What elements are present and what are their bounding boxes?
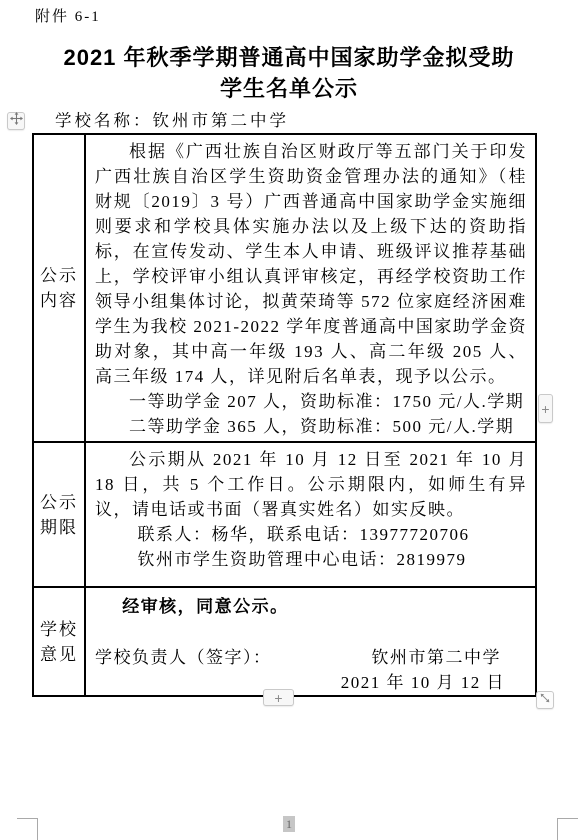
- signature-date: 2021 年 10 月 12 日: [95, 670, 527, 695]
- row-header-opinion: 学校 意见: [34, 588, 84, 695]
- table-row-opinion: 学校 意见 经审核，同意公示。 学校负责人（签字）： 钦州市第二中学 2021 …: [34, 586, 535, 695]
- page-number: 1: [283, 816, 295, 832]
- content-cell: 根据《广西壮族自治区财政厅等五部门关于印发广西壮族自治区学生资助资金管理办法的通…: [84, 135, 535, 441]
- row-header-content-line2: 内容: [40, 288, 78, 313]
- row-header-opinion-line2: 意见: [40, 642, 78, 667]
- announcement-table: 公示 内容 根据《广西壮族自治区财政厅等五部门关于印发广西壮族自治区学生资助资金…: [32, 133, 537, 697]
- plus-icon: +: [274, 690, 282, 706]
- period-paragraph-center-phone: 钦州市学生资助管理中心电话：2819979: [95, 547, 527, 572]
- row-header-content-line1: 公示: [40, 263, 78, 288]
- table-resize-handle[interactable]: [536, 691, 554, 709]
- approval-statement: 经审核，同意公示。: [95, 594, 527, 619]
- school-name-line: 学校名称：钦州市第二中学: [55, 107, 289, 131]
- period-paragraph-main: 公示期从 2021 年 10 月 12 日至 2021 年 10 月 18 日，…: [95, 447, 527, 522]
- insert-column-button[interactable]: +: [538, 394, 553, 423]
- table-move-handle[interactable]: [7, 112, 25, 130]
- table-row-period: 公示 期限 公示期从 2021 年 10 月 12 日至 2021 年 10 月…: [34, 441, 535, 586]
- opinion-cell: 经审核，同意公示。 学校负责人（签字）： 钦州市第二中学 2021 年 10 月…: [84, 588, 535, 695]
- signer-row: 学校负责人（签字）： 钦州市第二中学: [95, 645, 527, 670]
- row-header-period: 公示 期限: [34, 443, 84, 586]
- move-icon: [10, 112, 23, 130]
- row-header-opinion-line1: 学校: [40, 617, 78, 642]
- content-paragraph-tier1: 一等助学金 207 人，资助标准：1750 元/人.学期: [95, 389, 527, 414]
- school-signature: 钦州市第二中学: [372, 645, 502, 670]
- row-header-period-line2: 期限: [40, 515, 78, 540]
- row-header-content: 公示 内容: [34, 135, 84, 441]
- table-row-content: 公示 内容 根据《广西壮族自治区财政厅等五部门关于印发广西壮族自治区学生资助资金…: [34, 135, 535, 441]
- margin-mark-bottom-left: [17, 818, 38, 840]
- margin-mark-bottom-right: [557, 818, 578, 840]
- document-title-line2: 学生名单公示: [220, 76, 358, 101]
- period-paragraph-contact: 联系人：杨华，联系电话：13977720706: [95, 522, 527, 547]
- attachment-label: 附件 6-1: [35, 5, 101, 26]
- content-paragraph-main: 根据《广西壮族自治区财政厅等五部门关于印发广西壮族自治区学生资助资金管理办法的通…: [95, 139, 527, 389]
- resize-icon: [539, 691, 551, 709]
- document-page: 附件 6-1 2021 年秋季学期普通高中国家助学金拟受助 学生名单公示 学校名…: [0, 0, 578, 840]
- row-header-period-line1: 公示: [40, 490, 78, 515]
- period-cell: 公示期从 2021 年 10 月 12 日至 2021 年 10 月 18 日，…: [84, 443, 535, 586]
- signer-label: 学校负责人（签字）：: [95, 645, 272, 670]
- document-title: 2021 年秋季学期普通高中国家助学金拟受助 学生名单公示: [0, 42, 578, 104]
- insert-row-button[interactable]: +: [263, 689, 294, 706]
- plus-icon: +: [541, 401, 549, 417]
- content-paragraph-tier2: 二等助学金 365 人，资助标准：500 元/人.学期: [95, 414, 527, 439]
- document-title-line1: 2021 年秋季学期普通高中国家助学金拟受助: [63, 45, 514, 70]
